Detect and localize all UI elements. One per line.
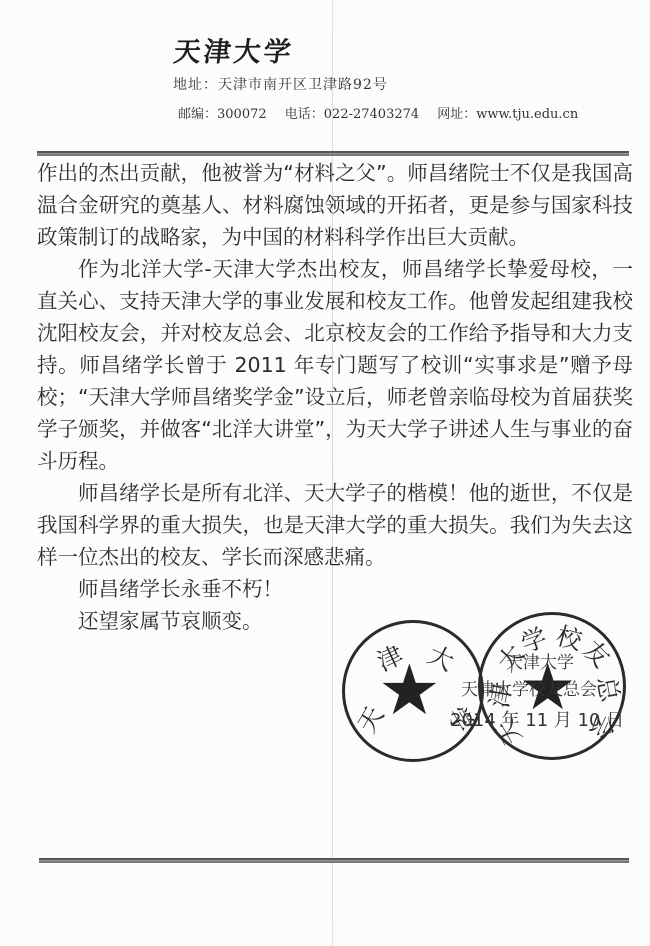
paragraph-eulogy: 师昌绪学长永垂不朽！ — [37, 573, 633, 605]
signature-org-tju: 天津大学 — [506, 648, 574, 673]
signature-org-alumni: 天津大学校友总会 — [461, 675, 597, 700]
footer-divider — [39, 858, 629, 863]
signature-date: 2014 年 11 月 10 日 — [450, 706, 624, 732]
website: 网址：www.tju.edu.cn — [437, 107, 578, 122]
paragraph-condolence: 师昌绪学长是所有北洋、天大学子的楷模！他的逝世，不仅是我国科学界的重大损失，也是… — [37, 477, 633, 573]
university-logo: 天津大学 — [172, 30, 296, 69]
seal-char: 友 — [576, 631, 619, 674]
header-divider — [37, 151, 629, 156]
postcode: 邮编：300072 — [178, 107, 267, 122]
letterhead-address: 地址：天津市南开区卫津路92号 — [173, 74, 388, 94]
letterhead-contact: 邮编：300072 电话：022-27403274 网址：www.tju.edu… — [178, 103, 592, 122]
paragraph-continuation: 作出的杰出贡献，他被誉为“材料之父”。师昌绪院士不仅是我国高温合金研究的奠基人、… — [37, 157, 633, 253]
paragraph-alumni-support: 作为北洋大学-天津大学杰出校友，师昌绪学长挚爱母校，一直关心、支持天津大学的事业… — [37, 253, 633, 477]
letter-body: 作出的杰出贡献，他被誉为“材料之父”。师昌绪院士不仅是我国高温合金研究的奠基人、… — [37, 157, 633, 637]
phone: 电话：022-27403274 — [285, 107, 419, 122]
